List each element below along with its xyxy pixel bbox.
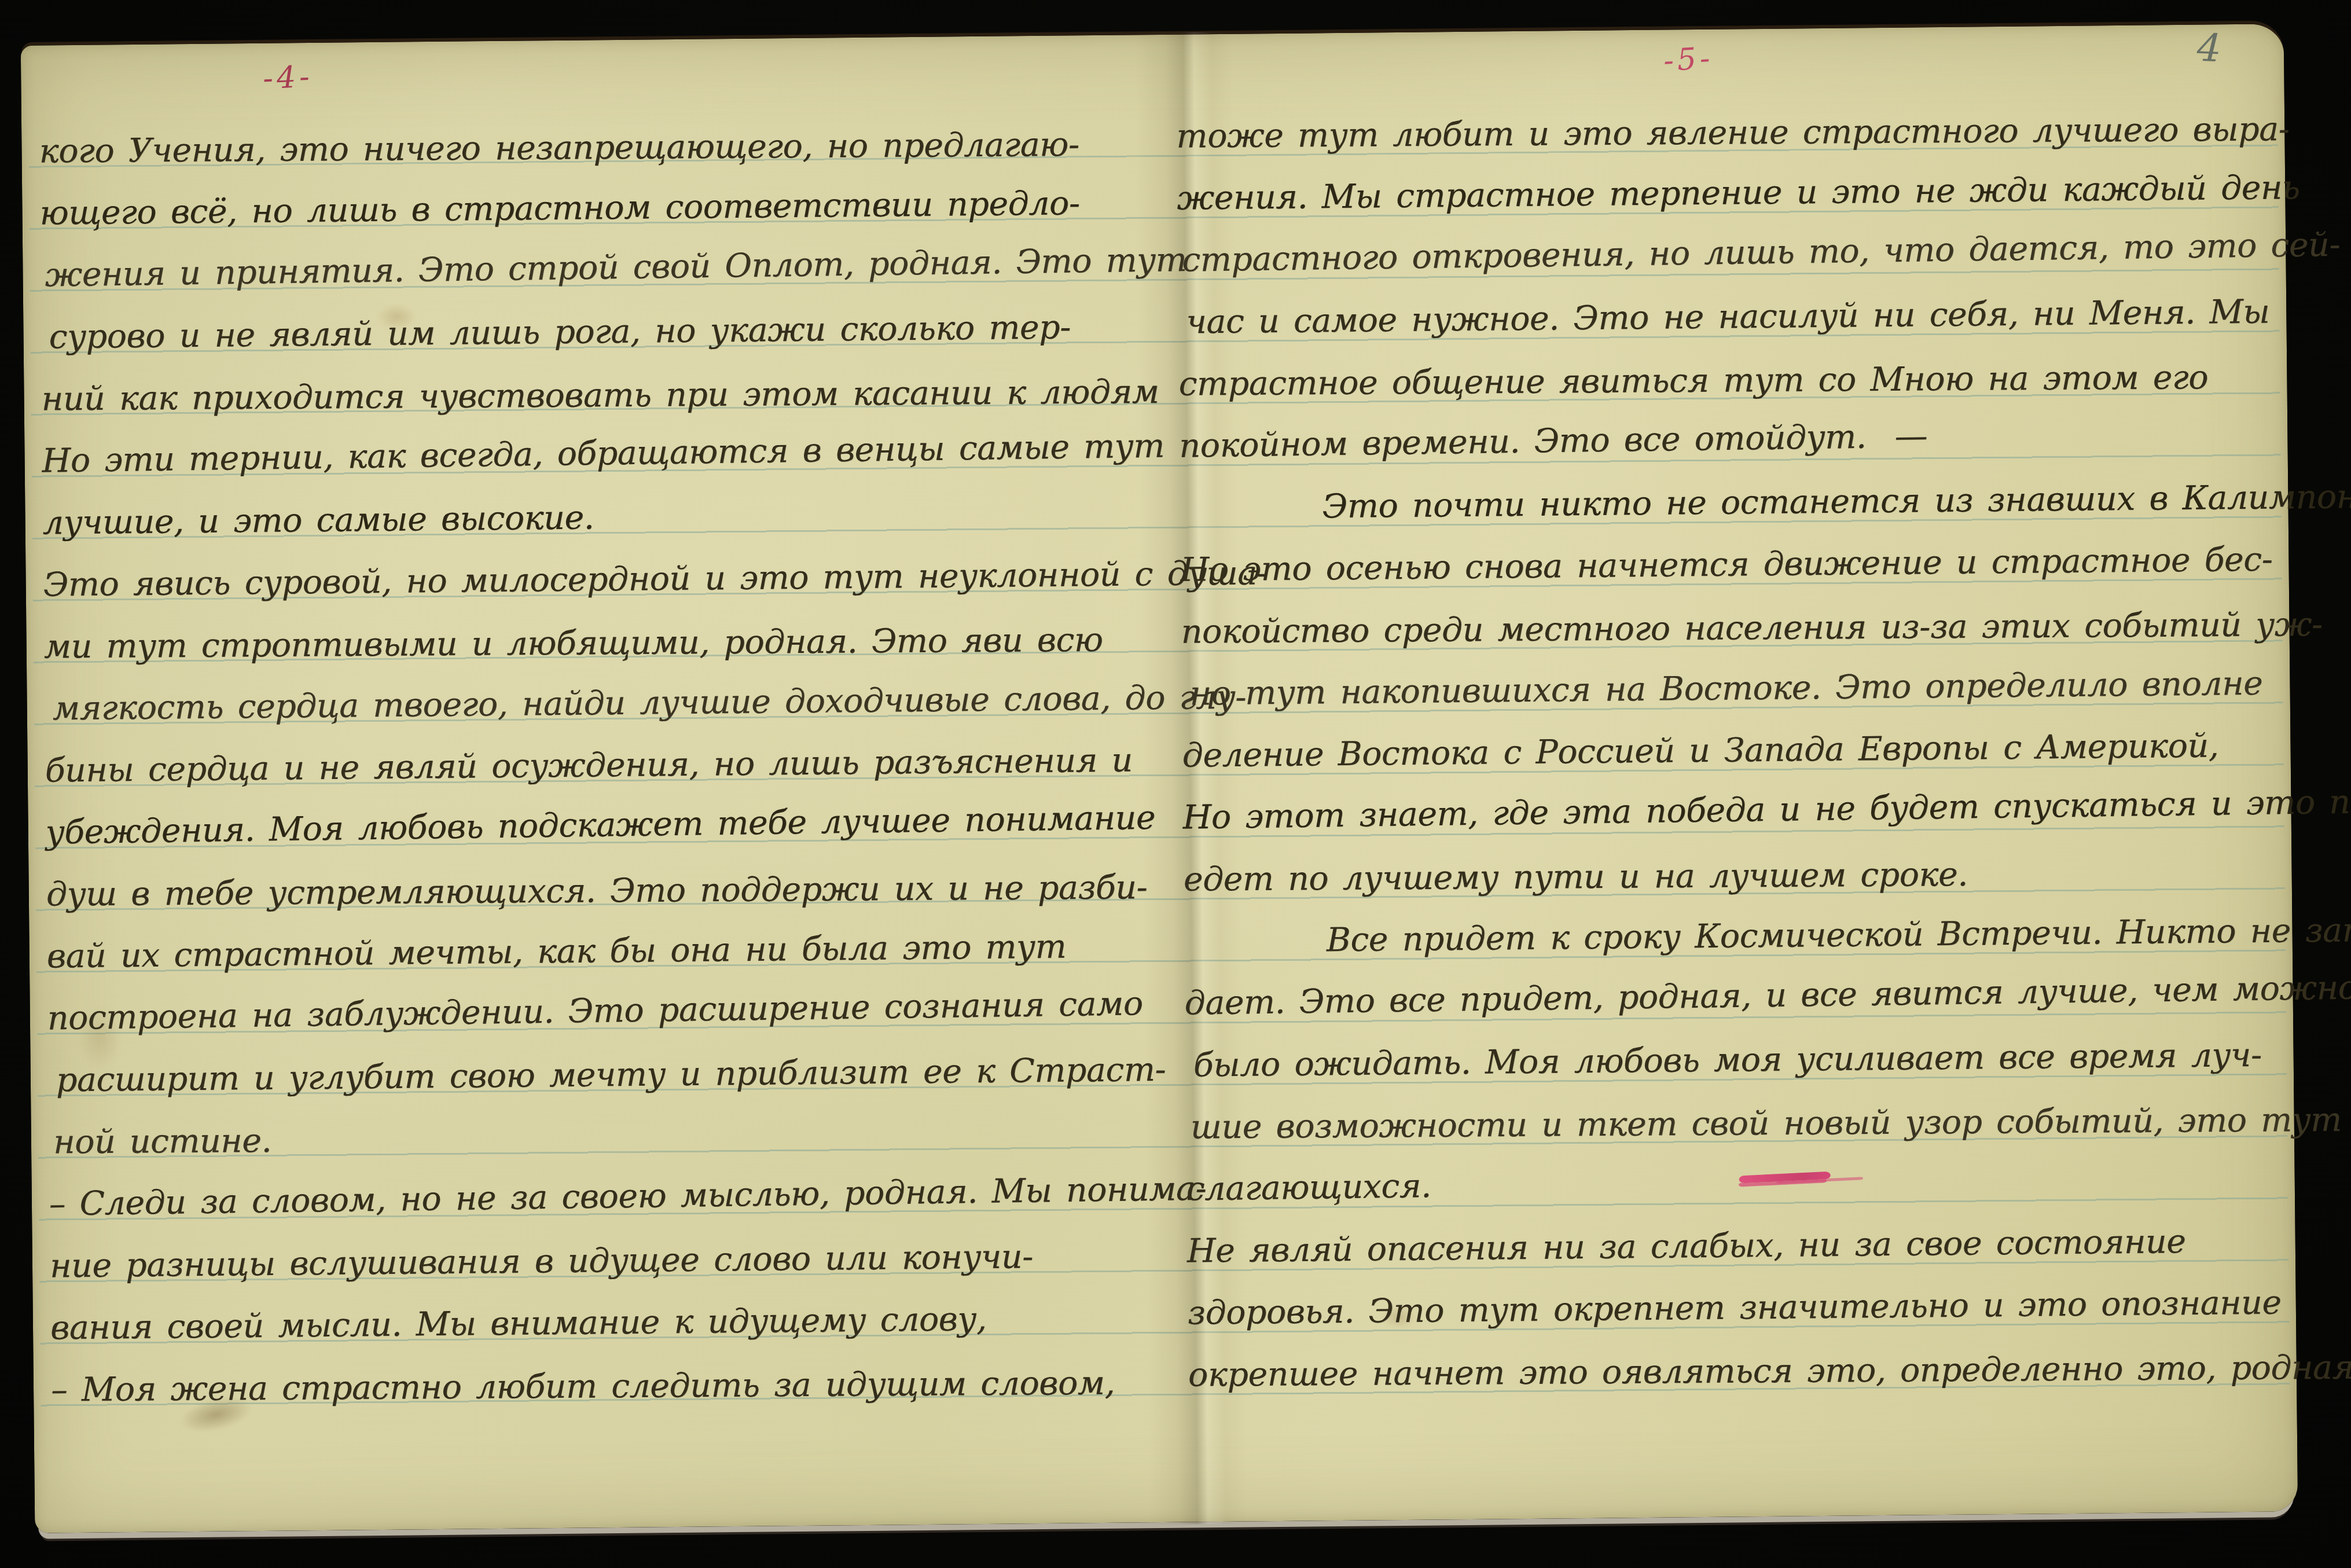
handwritten-line: Но это осенью снова начнется движение и … [1180, 528, 2275, 601]
handwritten-line: покойство среди местного населения из-за… [1181, 594, 2275, 663]
handwritten-line: мягкость сердца твоего, найди лучшие дох… [52, 667, 1179, 740]
handwritten-line: час и самое нужное. Это не насилуй ни се… [1186, 281, 2272, 354]
handwritten-line: тоже тут любит и это явление страстного … [1176, 98, 2271, 167]
handwritten-line: кого Учения, это ничего незапрещающего, … [39, 113, 1174, 183]
page-number-left: -4- [262, 60, 314, 97]
page-number-right: -5- [1662, 41, 1714, 79]
handwritten-line: здоровья. Это тут окрепнет значительно и… [1187, 1272, 2282, 1344]
handwritten-line: ми тут строптивыми и любящими, родная. Э… [43, 609, 1178, 678]
handwritten-line: Это почти никто не останется из знавших … [1180, 467, 2274, 539]
photograph-background: -4- -5- 4 кого Учения, это ничего незапр… [0, 0, 2351, 1568]
corner-page-annotation: 4 [2196, 25, 2222, 71]
handwritten-line: но тут накопившихся на Востоке. Это опре… [1189, 652, 2276, 725]
handwritten-line: сурово и не являй им лишь рога, но укажи… [49, 296, 1175, 369]
handwritten-line: душ в тебе устремляющихся. Это поддержи … [46, 857, 1181, 926]
handwritten-line: лучшие, и это самые высокие. [42, 482, 1177, 555]
handwritten-line: расширит и углубит свою мечту и приблизи… [56, 1039, 1182, 1112]
left-page-text: кого Учения, это ничего незапрещающего, … [39, 110, 1185, 1422]
handwritten-line: Это явись суровой, но милосердной и это … [43, 544, 1178, 616]
right-page-text: тоже тут любит и это явление страстного … [1176, 96, 2282, 1407]
handwritten-line: было ожидать. Моя любовь моя усиливает в… [1193, 1024, 2279, 1096]
handwritten-line: ние разницы вслушивания в идущее слово и… [49, 1225, 1184, 1298]
handwritten-line: – Моя жена страстно любит следить за иду… [51, 1352, 1186, 1422]
notebook-spread: -4- -5- 4 кого Учения, это ничего незапр… [21, 24, 2298, 1533]
handwritten-line: едет по лучшему пути и на лучшем сроке. [1183, 842, 2277, 910]
handwritten-line: Не являй опасения ни за слабых, ни за св… [1186, 1210, 2281, 1282]
handwritten-line: вания своей мысли. Мы внимание к идущему… [50, 1287, 1185, 1360]
handwritten-line: окрепшее начнет это оявляться это, опред… [1188, 1337, 2283, 1406]
